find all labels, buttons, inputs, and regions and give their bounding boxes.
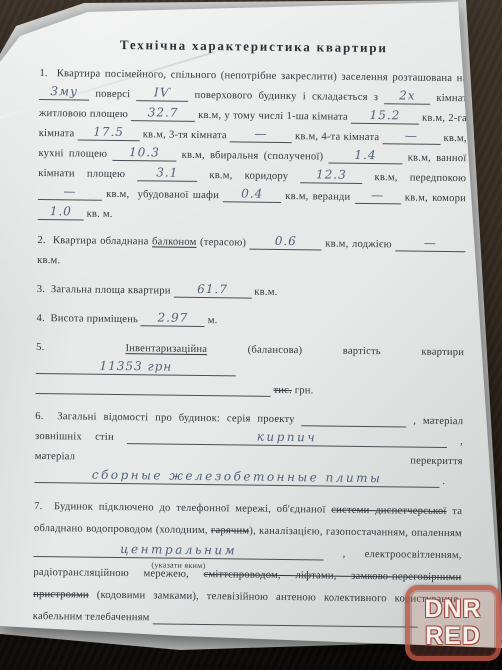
handwritten-value xyxy=(282,610,287,624)
printed-text: кв.м, коридору xyxy=(197,170,300,182)
form-content: Технічна характеристика квартири 1. Квар… xyxy=(32,30,468,663)
handwritten-value: кирпич xyxy=(257,430,318,445)
printed-text: кв.м, 3-тя кімната xyxy=(140,129,231,141)
handwritten-value: 12.3 xyxy=(316,167,347,181)
struck-text: системи диспетчерської xyxy=(331,505,446,517)
printed-text: кв.м. xyxy=(251,287,277,298)
handwritten-value: 32.7 xyxy=(148,105,179,119)
printed-text: (балансова) вартість квартири xyxy=(207,344,464,358)
printed-text: . xyxy=(439,476,445,487)
handwritten-value: 3.1 xyxy=(156,165,178,179)
item-2-balcony: 2. Квартира обладнана балконом (терасою)… xyxy=(37,231,465,276)
handwritten-value: — xyxy=(63,184,76,198)
blank-field: 3му xyxy=(39,86,89,101)
printed-text: кв.м, у тому числі 1-ша кімната xyxy=(195,110,351,123)
dnr-red-watermark: DNR RED xyxy=(405,585,501,661)
struck-text: гарячим xyxy=(211,525,249,536)
handwritten-value: 0.4 xyxy=(241,186,263,200)
watermark-line-1: DNR xyxy=(424,596,481,623)
handwritten-value: 61.7 xyxy=(197,282,228,296)
blank-field: — xyxy=(382,130,440,145)
blank-field: 1.0 xyxy=(38,206,84,221)
blank-field: 1.4 xyxy=(328,150,402,165)
handwritten-value: 10.3 xyxy=(129,145,160,159)
struck-text: тис. xyxy=(273,385,292,396)
blank-field: — xyxy=(230,128,292,143)
printed-text: поверсі xyxy=(89,89,136,101)
printed-text: кв.м, 4-та кімната xyxy=(292,131,383,143)
printed-text: 6. Загальні відомості про будинок: серія… xyxy=(35,411,301,425)
printed-text: м. xyxy=(205,315,218,326)
blank-field: центральним(указати яким) xyxy=(34,543,324,561)
handwritten-value: 3му xyxy=(50,84,78,98)
page-title: Технічна характеристика квартири xyxy=(40,36,468,57)
printed-text: кв.м, лоджією xyxy=(322,238,396,250)
printed-text: кв.м, комори xyxy=(401,192,467,204)
blank-caption: (указати яким) xyxy=(151,558,205,572)
item-3-total-area: 3. Загальна площа квартири 61.7 кв.м. xyxy=(37,280,465,305)
printed-text: кв. м. xyxy=(84,209,113,220)
handwritten-value: 2х xyxy=(399,88,416,102)
blank-field: — xyxy=(355,190,401,205)
handwritten-value: центральним xyxy=(120,542,237,557)
paper-sheet: Технічна характеристика квартири 1. Квар… xyxy=(0,0,502,670)
blank-field: 61.7 xyxy=(173,284,251,299)
printed-text: 4. Висота приміщень xyxy=(36,313,141,325)
handwritten-value: 1.0 xyxy=(50,204,72,218)
handwritten-value: 17.5 xyxy=(93,125,124,139)
printed-text: 2. Квартира обладнана xyxy=(37,235,152,247)
blank-field: 32.7 xyxy=(131,107,195,122)
item-1-apartment: 1. Квартира посімейного, спільного (непо… xyxy=(38,64,468,229)
underlined-text: балконом xyxy=(152,236,197,248)
blank-field xyxy=(152,610,417,627)
blank-field: 15.2 xyxy=(351,110,419,125)
printed-text: 7. Будинок підключено до телефонної мере… xyxy=(34,501,331,516)
printed-text: кв.м, вбиральня (сполученої) xyxy=(176,150,328,163)
handwritten-value: 0.6 xyxy=(275,234,297,248)
handwritten-value: — xyxy=(424,236,437,250)
blank-field xyxy=(301,412,406,427)
printed-text: (терасою) xyxy=(196,237,249,249)
blank-field: 12.3 xyxy=(300,169,362,184)
handwritten-value: 15.2 xyxy=(370,108,401,122)
blank-field: 0.4 xyxy=(223,188,281,203)
blank-field: 11353 грн xyxy=(36,360,236,376)
printed-text: кв.м. xyxy=(37,255,60,266)
printed-text: кв.м, убудованої шафи xyxy=(102,189,223,201)
underlined-text: Інвентаризаційна xyxy=(125,343,207,355)
item-5-inventory-value: 5. Інвентаризаційна (балансова) вартість… xyxy=(36,338,465,403)
printed-text: 3. Загальна площа квартири xyxy=(37,284,174,297)
handwritten-value: сборные железобетонные плиты xyxy=(92,468,383,486)
watermark-line-2: RED xyxy=(425,623,481,650)
handwritten-value: — xyxy=(371,188,384,202)
note-cross-out: (непотрібне викреслити). xyxy=(32,638,460,663)
blank-field: 0.6 xyxy=(250,236,322,251)
printed-text: ), каналізацією, газопостачанням, опален… xyxy=(249,526,462,540)
blank-field: 10.3 xyxy=(112,147,176,162)
handwritten-value: 1.4 xyxy=(354,148,376,162)
printed-text: (непотрібне викреслити). xyxy=(32,642,151,654)
item-7-utilities: 7. Будинок підключено до телефонної мере… xyxy=(33,496,463,633)
blank-field xyxy=(36,380,271,397)
handwritten-value xyxy=(351,411,356,425)
handwritten-value: — xyxy=(405,128,418,142)
blank-field: ІѴ xyxy=(136,87,188,102)
blank-field: 3.1 xyxy=(137,167,197,182)
printed-text: кв.м, передпокою xyxy=(362,172,466,184)
blank-field: 17.5 xyxy=(78,126,140,141)
printed-text: поверхового будинку і складається з xyxy=(188,90,384,103)
printed-text: кв.м, веранди xyxy=(281,191,355,203)
blank-field: — xyxy=(395,237,465,252)
blank-field: кирпич xyxy=(127,430,447,448)
handwritten-value: 11353 грн xyxy=(99,359,172,374)
handwritten-value: — xyxy=(254,127,267,141)
paper-sheet-wrap: Технічна характеристика квартири 1. Квар… xyxy=(0,0,502,670)
printed-text: грн. xyxy=(292,385,314,396)
handwritten-value: 2.97 xyxy=(157,310,188,324)
item-4-ceiling-height: 4. Висота приміщень 2.97 м. xyxy=(36,309,464,334)
item-6-building-info: 6. Загальні відомості про будинок: серія… xyxy=(34,407,463,492)
form-body: 1. Квартира посімейного, спільного (непо… xyxy=(32,64,467,663)
blank-field: 2х xyxy=(384,90,430,105)
handwritten-value: ІѴ xyxy=(154,85,171,99)
blank-field: сборные железобетонные плиты xyxy=(34,469,439,488)
handwritten-value xyxy=(151,379,156,393)
printed-text: 1. Квартира посімейного, спільного (непо… xyxy=(39,68,467,84)
blank-field: — xyxy=(38,186,102,201)
printed-text: 5. xyxy=(36,342,125,354)
blank-field: 2.97 xyxy=(141,312,205,327)
